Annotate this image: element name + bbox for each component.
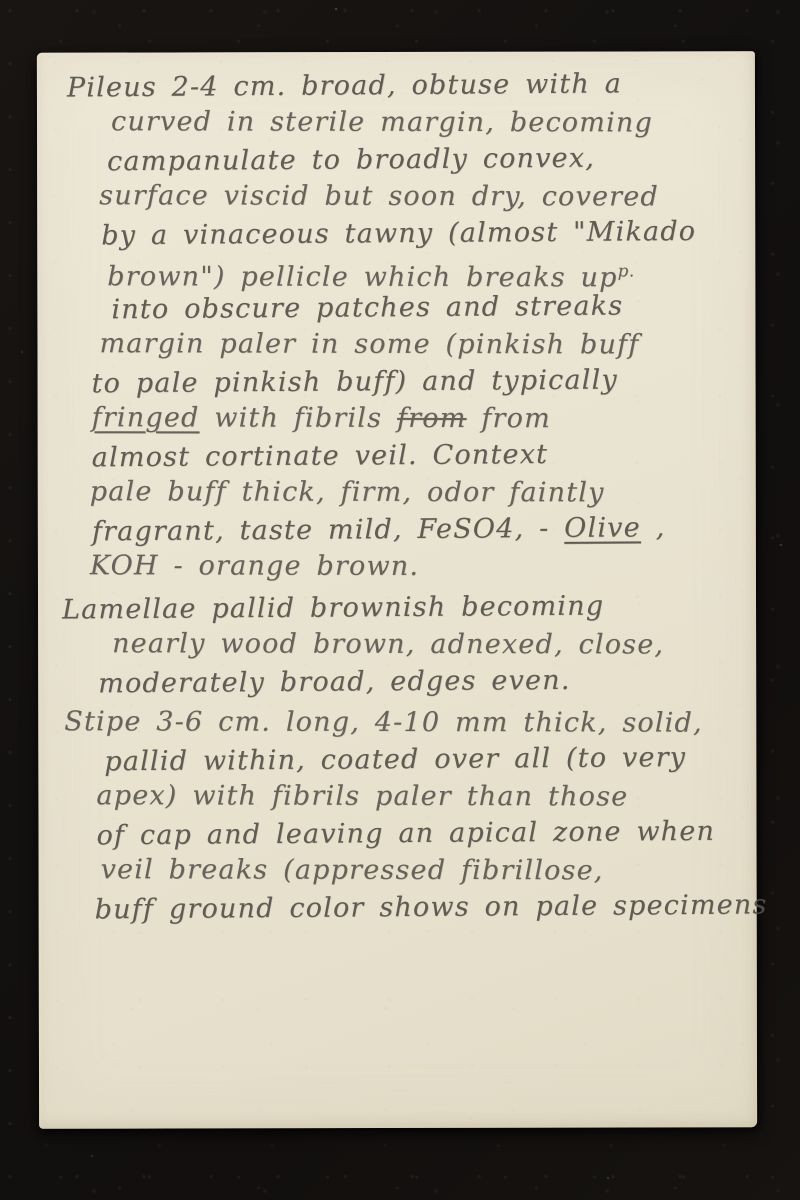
note-line: veil breaks (appressed fibrillose,: [101, 851, 757, 889]
struck-word: from: [397, 403, 467, 434]
handwritten-note: Pileus 2-4 cm. broad, obtuse with a curv…: [37, 51, 757, 927]
note-line: Stipe 3-6 cm. long, 4-10 mm thick, solid…: [64, 703, 756, 742]
note-line: almost cortinate veil. Context: [92, 435, 756, 477]
note-line: margin paler in some (pinkish buff: [99, 325, 755, 363]
note-line: by a vinaceous tawny (almost "Mikado: [101, 213, 755, 255]
note-line: moderately broad, edges even.: [98, 661, 756, 703]
note-text: Stipe 3-6 cm. long, 4-10 mm thick, solid…: [64, 706, 703, 738]
note-line: nearly wood brown, adnexed, close,: [112, 625, 756, 663]
superscript-correction: p.: [618, 260, 635, 280]
note-line: Lamellae pallid brownish becoming: [62, 586, 756, 628]
note-line: pale buff thick, firm, odor faintly: [90, 473, 756, 512]
underlined-word: Olive: [564, 512, 641, 544]
note-text: veil breaks (appressed fibrillose,: [101, 854, 604, 886]
underlined-word: fringed: [92, 402, 200, 433]
note-text: KOH - orange brown.: [90, 550, 419, 582]
note-text: Lamellae pallid brownish becoming: [62, 591, 604, 626]
note-text: fragrant, taste mild, FeSO4, -: [92, 513, 565, 547]
note-text: with fibrils: [199, 402, 397, 433]
note-line: of cap and leaving an apical zone when: [96, 813, 756, 855]
note-text: by a vinaceous tawny (almost "Mikado: [101, 216, 696, 251]
note-text: moderately broad, edges even.: [98, 665, 571, 699]
note-text: buff ground color shows on pale specimen…: [95, 889, 768, 925]
note-text: pallid within, coated over all (to very: [104, 742, 686, 777]
note-line: to pale pinkish buff) and typically: [91, 361, 755, 403]
note-line: apex) with fibrils paler than those: [96, 777, 756, 815]
note-text: into obscure patches and streaks: [111, 291, 623, 326]
note-line: into obscure patches and streaks: [111, 287, 755, 329]
note-text: to pale pinkish buff) and typically: [91, 365, 618, 400]
note-line: curved in sterile margin, becoming: [111, 103, 755, 141]
note-text: pale buff thick, firm, odor faintly: [90, 476, 605, 508]
note-line: buff ground color shows on pale specimen…: [95, 887, 757, 929]
note-text: ,: [641, 512, 666, 543]
note-line: surface viscid but soon dry, covered: [99, 177, 755, 215]
photo-background: Pileus 2-4 cm. broad, obtuse with a curv…: [0, 0, 800, 1200]
note-line: Pileus 2-4 cm. broad, obtuse with a: [67, 64, 755, 106]
note-text: Pileus 2-4 cm. broad, obtuse with a: [67, 68, 622, 103]
note-text: nearly wood brown, adnexed, close,: [112, 628, 664, 660]
note-text: curved in sterile margin, becoming: [111, 106, 653, 138]
note-text: almost cortinate veil. Context: [92, 439, 549, 473]
note-line: fringed with fibrils from from: [92, 399, 756, 438]
note-line: brown") pellicle which breaks upp.: [107, 251, 755, 289]
note-text: of cap and leaving an apical zone when: [96, 816, 715, 852]
note-line: campanulate to broadly convex,: [107, 139, 755, 181]
note-line: KOH - orange brown.: [90, 547, 756, 586]
note-text: campanulate to broadly convex,: [107, 143, 595, 178]
note-text: surface viscid but soon dry, covered: [99, 180, 659, 212]
note-text: from: [467, 403, 551, 434]
index-card: Pileus 2-4 cm. broad, obtuse with a curv…: [37, 51, 757, 1129]
note-text: margin paler in some (pinkish buff: [99, 328, 639, 360]
note-line: pallid within, coated over all (to very: [104, 739, 756, 781]
note-line: fragrant, taste mild, FeSO4, - Olive ,: [92, 509, 756, 551]
note-text: apex) with fibrils paler than those: [96, 780, 628, 812]
